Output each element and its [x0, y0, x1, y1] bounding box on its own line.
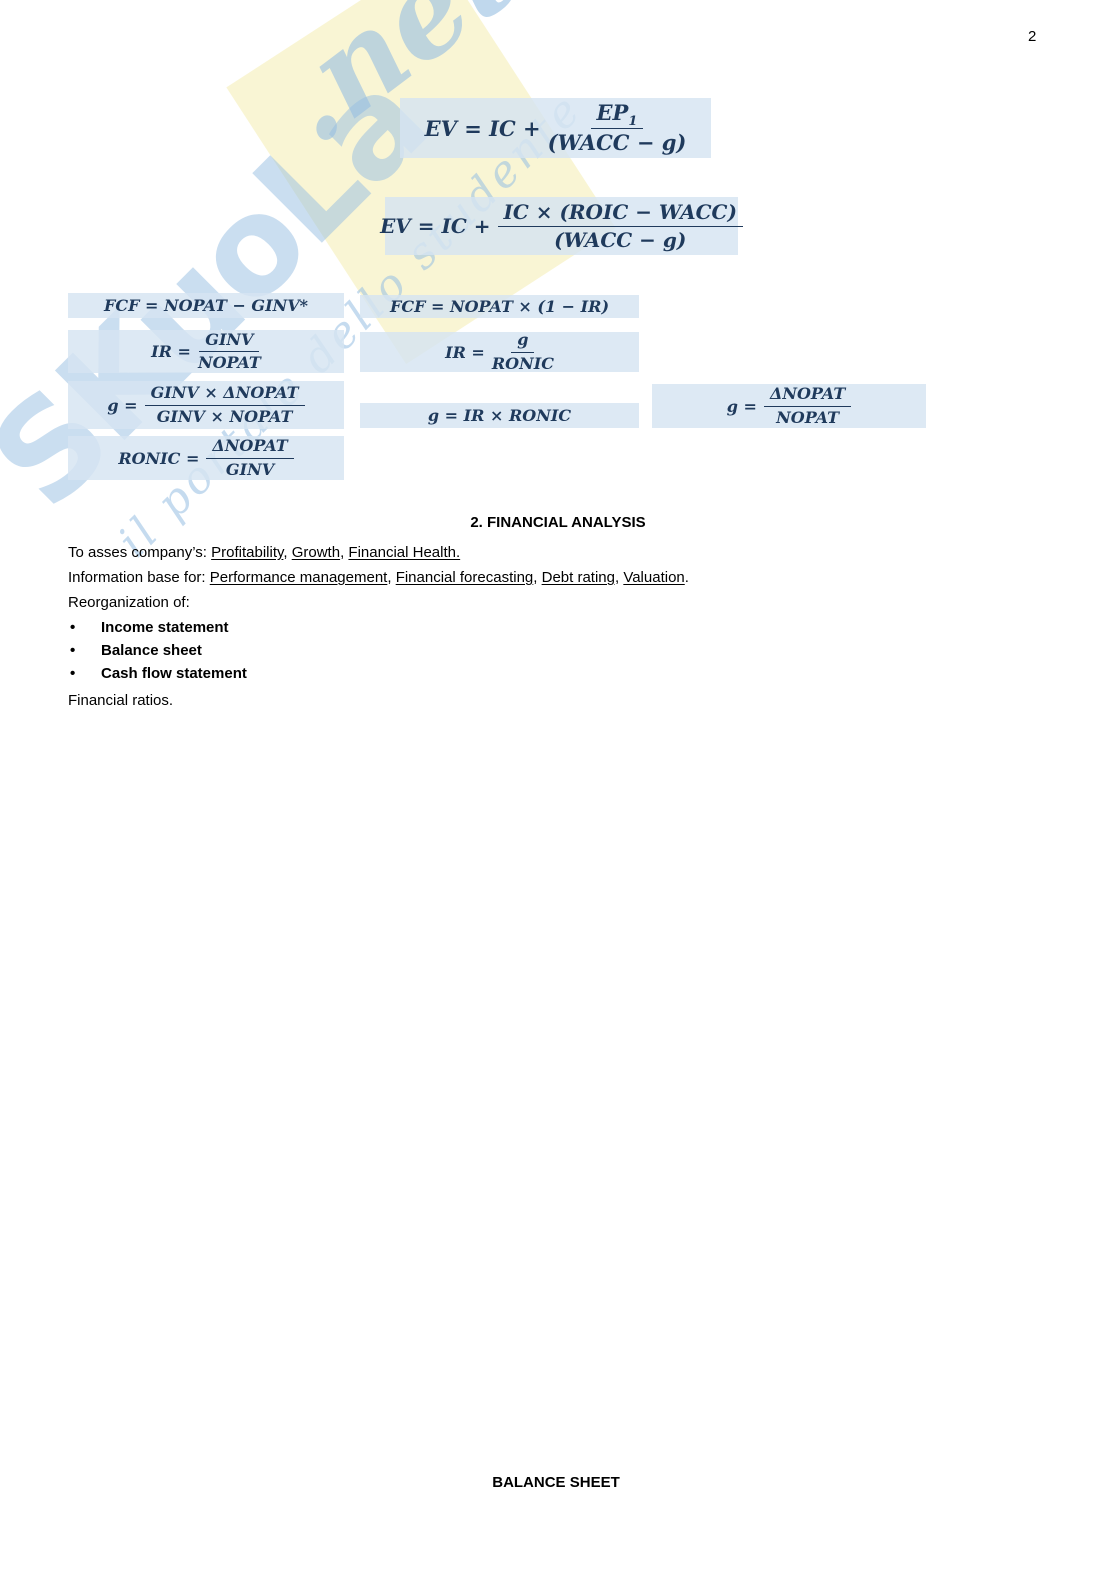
- list-item: •Cash flow statement: [68, 662, 1048, 685]
- balance-sheet-heading: BALANCE SHEET: [0, 1474, 1112, 1491]
- formula-text: FCF = NOPAT × (1 − IR): [390, 297, 609, 316]
- formula-text: FCF = NOPAT − GINV*: [104, 296, 308, 315]
- numerator: IC × (ROIC − WACC): [498, 201, 743, 227]
- bullet-balance-sheet: Balance sheet: [101, 642, 202, 659]
- link-financial-health: Financial Health.: [348, 544, 460, 561]
- assess-line: To asses company’s: Profitability, Growt…: [68, 540, 1048, 565]
- link-debt-rating: Debt rating: [542, 569, 615, 586]
- fraction: ΔNOPAT NOPAT: [764, 385, 851, 427]
- line-text: Information base for:: [68, 569, 210, 586]
- numerator: ΔNOPAT: [206, 437, 293, 458]
- line-text: ,: [387, 569, 395, 586]
- fraction: ΔNOPAT GINV: [206, 437, 293, 479]
- formula-ev-roic-wacc: EV = IC + IC × (ROIC − WACC) (WACC − g): [385, 197, 738, 255]
- fraction: GINV × ΔNOPAT GINV × NOPAT: [145, 384, 305, 426]
- formula-lhs: EV = IC +: [380, 214, 490, 238]
- subscript: 1: [628, 114, 637, 129]
- line-text: .: [685, 569, 689, 586]
- formula-ir-g-over-ronic: IR = g RONIC: [360, 332, 639, 372]
- link-performance-management: Performance management: [210, 569, 388, 586]
- denominator: GINV: [226, 459, 274, 479]
- formula-ronic: RONIC = ΔNOPAT GINV: [68, 436, 344, 480]
- formula-lhs: EV = IC +: [425, 116, 541, 141]
- fraction: g RONIC: [492, 331, 554, 373]
- numerator: g: [511, 331, 534, 352]
- link-financial-forecasting: Financial forecasting: [396, 569, 534, 586]
- link-growth: Growth: [292, 544, 340, 561]
- list-item: •Balance sheet: [68, 639, 1048, 662]
- numerator: EP: [597, 100, 629, 125]
- numerator: ΔNOPAT: [764, 385, 851, 406]
- page-number: 2: [1028, 28, 1036, 45]
- denominator: (WACC − g): [554, 227, 686, 252]
- formula-lhs: g =: [107, 396, 137, 415]
- formula-fcf-nopat-ir: FCF = NOPAT × (1 − IR): [360, 295, 639, 318]
- bullet-income-statement: Income statement: [101, 619, 229, 636]
- denominator: RONIC: [492, 353, 554, 373]
- numerator: GINV: [199, 331, 259, 352]
- formula-g-ir-ronic: g = IR × RONIC: [360, 403, 639, 428]
- denominator: (WACC − g): [548, 129, 687, 155]
- financial-ratios-line: Financial ratios.: [68, 688, 1048, 713]
- formula-g-dnopat-over-nopat: g = ΔNOPAT NOPAT: [652, 384, 926, 428]
- formula-lhs: RONIC =: [118, 449, 199, 468]
- numerator: GINV × ΔNOPAT: [145, 384, 305, 405]
- bullet-icon: •: [70, 616, 75, 639]
- bullet-icon: •: [70, 639, 75, 662]
- reorganization-bullet-list: •Income statement •Balance sheet •Cash f…: [68, 616, 1048, 685]
- line-text: ,: [533, 569, 541, 586]
- line-text: To asses company’s:: [68, 544, 211, 561]
- fraction: IC × (ROIC − WACC) (WACC − g): [498, 201, 743, 252]
- formula-ir-ginv-over-nopat: IR = GINV NOPAT: [68, 330, 344, 373]
- formula-lhs: g =: [727, 397, 757, 416]
- list-item: •Income statement: [68, 616, 1048, 639]
- denominator: NOPAT: [776, 407, 839, 427]
- formula-lhs: IR =: [445, 343, 485, 362]
- bullet-cash-flow-statement: Cash flow statement: [101, 665, 247, 682]
- fraction: GINV NOPAT: [198, 331, 261, 373]
- information-base-line: Information base for: Performance manage…: [68, 565, 1048, 590]
- bullet-icon: •: [70, 662, 75, 685]
- line-text: ,: [283, 544, 291, 561]
- link-profitability: Profitability: [211, 544, 283, 561]
- denominator: NOPAT: [198, 352, 261, 372]
- financial-analysis-section: 2. FINANCIAL ANALYSIS To asses company’s…: [68, 513, 1048, 713]
- formula-ev-economic-profit: EV = IC + EP1 (WACC − g): [400, 98, 711, 158]
- fraction: EP1 (WACC − g): [548, 101, 687, 154]
- denominator: GINV × NOPAT: [157, 406, 293, 426]
- formula-text: g = IR × RONIC: [428, 406, 571, 425]
- formula-lhs: IR =: [151, 342, 191, 361]
- reorganization-line: Reorganization of:: [68, 590, 1048, 615]
- formula-fcf-nopat-minus-ginv: FCF = NOPAT − GINV*: [68, 293, 344, 318]
- link-valuation: Valuation: [623, 569, 684, 586]
- formula-g-ginv-dnopat: g = GINV × ΔNOPAT GINV × NOPAT: [68, 381, 344, 429]
- section-heading: 2. FINANCIAL ANALYSIS: [68, 513, 1048, 533]
